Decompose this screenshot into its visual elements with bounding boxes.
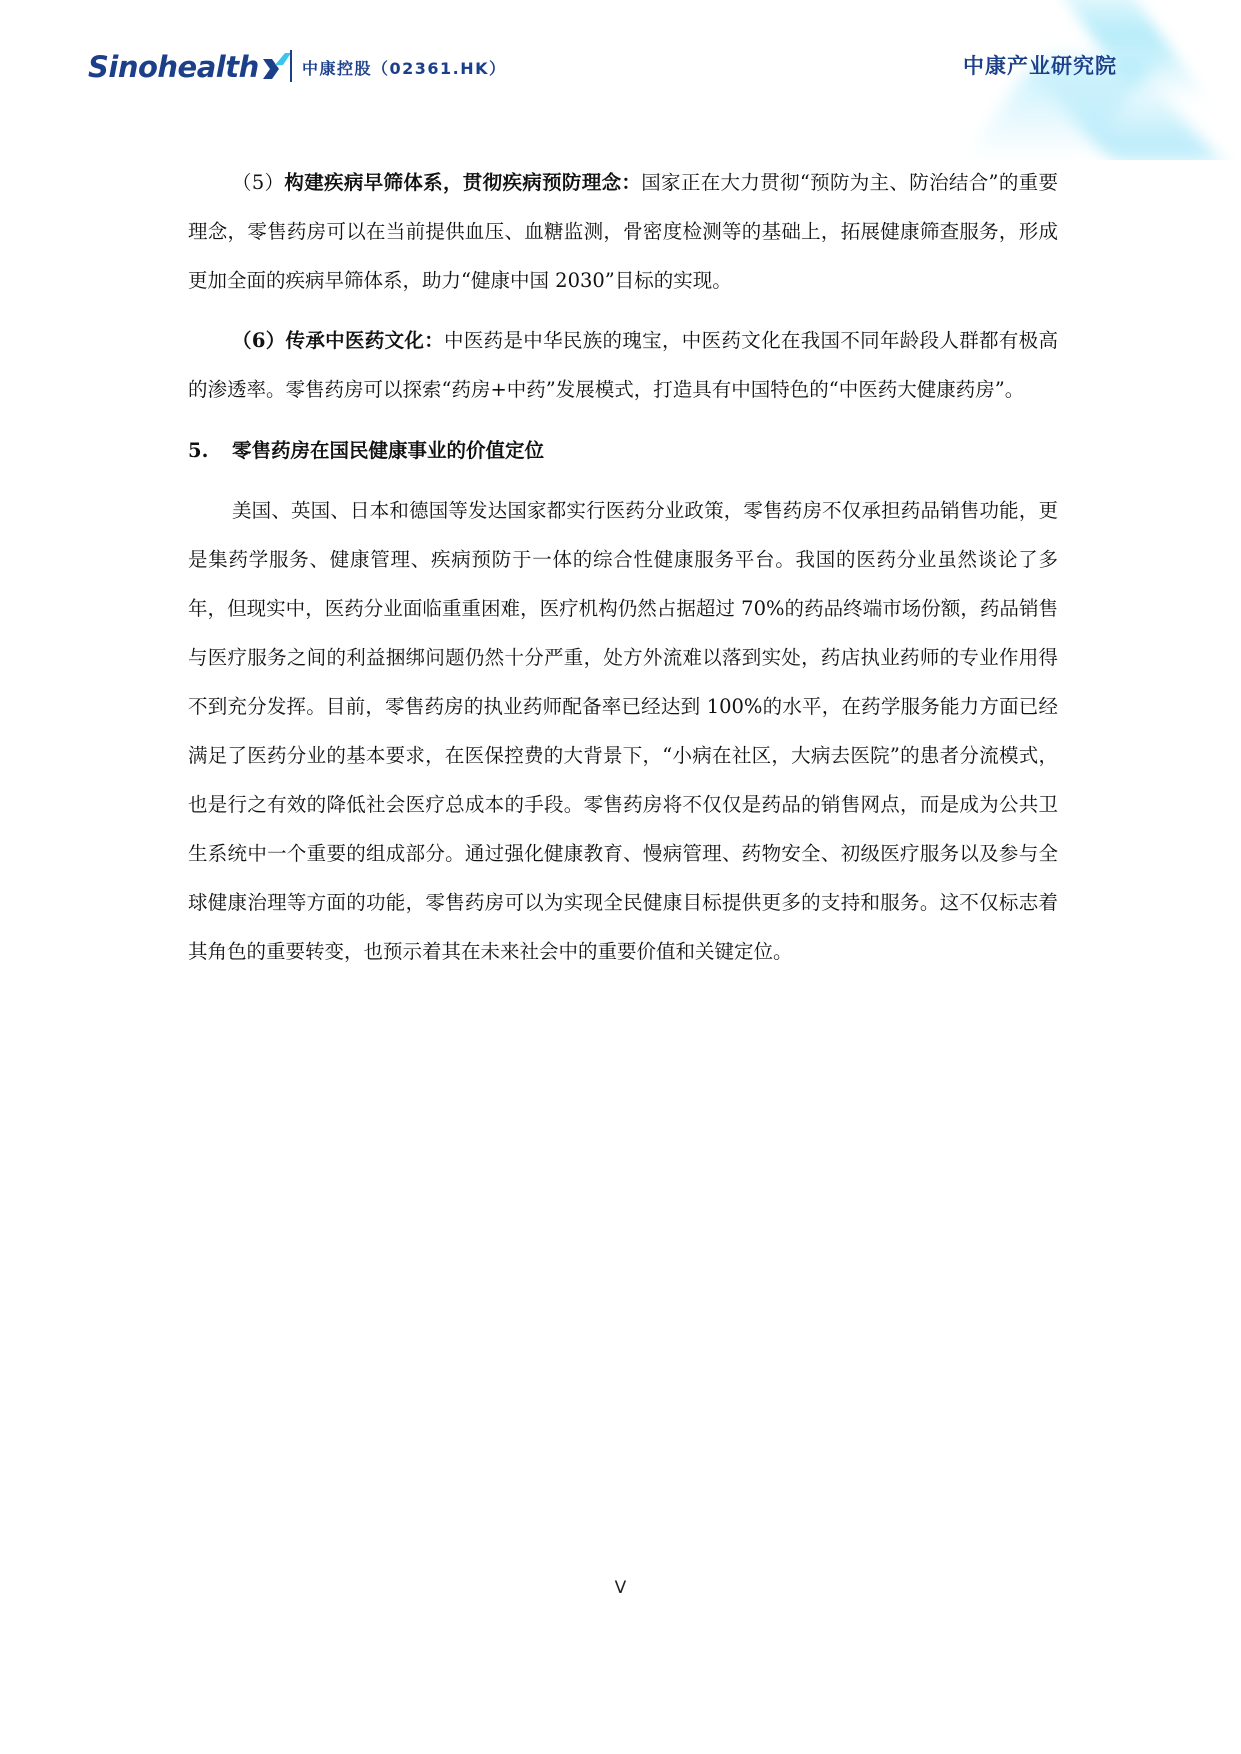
- logo-wordmark: Sinohealth: [88, 50, 259, 84]
- institute-name: 中康产业研究院: [963, 50, 1117, 80]
- paragraph-item-6: （6）传承中医药文化：中医药是中华民族的瑰宝，中医药文化在我国不同年龄段人群都有…: [188, 316, 1058, 414]
- section-5-heading: 5. 零售药房在国民健康事业的价值定位: [188, 426, 1058, 475]
- item5-title: 构建疾病早筛体系，贯彻疾病预防理念：: [284, 171, 641, 194]
- header-divider: [290, 50, 292, 82]
- page-header: Sinohealth 中康控股（02361.HK） 中康产业研究院: [0, 0, 1241, 140]
- document-body: （5）构建疾病早筛体系，贯彻疾病预防理念：国家正在大力贯彻“预防为主、防治结合”…: [188, 158, 1058, 976]
- section-number: 5.: [188, 426, 232, 475]
- item5-lead: （5）: [232, 171, 284, 194]
- item6-title: （6）传承中医药文化：: [232, 329, 444, 352]
- paragraph-section-5: 美国、英国、日本和德国等发达国家都实行医药分业政策，零售药房不仅承担药品销售功能…: [188, 486, 1058, 976]
- section-title: 零售药房在国民健康事业的价值定位: [232, 426, 544, 475]
- page-number: V: [0, 1578, 1241, 1598]
- stock-code-label: 中康控股（02361.HK）: [302, 56, 507, 79]
- logo-chevron-icon: [261, 51, 291, 83]
- sinohealth-logo: Sinohealth: [88, 50, 291, 84]
- paragraph-item-5: （5）构建疾病早筛体系，贯彻疾病预防理念：国家正在大力贯彻“预防为主、防治结合”…: [188, 158, 1058, 305]
- decorative-x-graphic: [941, 0, 1241, 160]
